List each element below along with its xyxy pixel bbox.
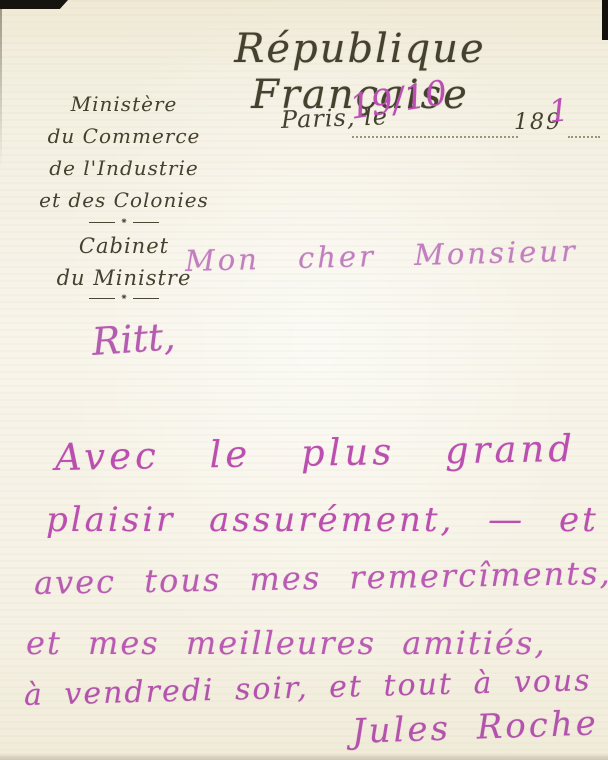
body-line: plaisir assurément, — et [46, 500, 599, 540]
body-line: et mes meilleures amitiés, [26, 624, 546, 662]
ornament-divider: ⁕ [26, 294, 222, 303]
ornament-bar [133, 298, 159, 299]
scan-artifact-top-left [0, 0, 68, 9]
ministry-line: Ministère [26, 88, 222, 120]
ornament-bar [89, 298, 115, 299]
ministry-line: du Commerce [26, 120, 222, 152]
ministry-block: Ministère du Commerce de l'Industrie et … [26, 88, 222, 216]
ministry-line: de l'Industrie [26, 152, 222, 184]
ornament-bar [89, 222, 115, 223]
date-dotted-line [568, 120, 600, 138]
body-line: avec tous mes remercîments, [34, 554, 608, 602]
handwritten-year-digit: 1 [547, 92, 570, 130]
ornament-divider: ⁕ [26, 218, 222, 227]
salutation-line: Mon cher Monsieur [185, 234, 579, 278]
scan-artifact-bottom-shadow [0, 753, 608, 760]
ornament-star-icon: ⁕ [120, 218, 128, 227]
scan-artifact-right-edge [602, 0, 608, 40]
ministry-line: et des Colonies [26, 184, 222, 216]
signature: Jules Roche [351, 703, 599, 752]
body-line: Avec le plus grand [55, 427, 577, 479]
body-line: à vendredi soir, et tout à vous [24, 663, 593, 713]
ornament-bar [133, 222, 159, 223]
salutation-name: Ritt, [90, 314, 176, 364]
letter-page: République Française Ministère du Commer… [0, 0, 608, 760]
ornament-star-icon: ⁕ [120, 294, 128, 303]
scan-artifact-left-edge [0, 9, 2, 169]
